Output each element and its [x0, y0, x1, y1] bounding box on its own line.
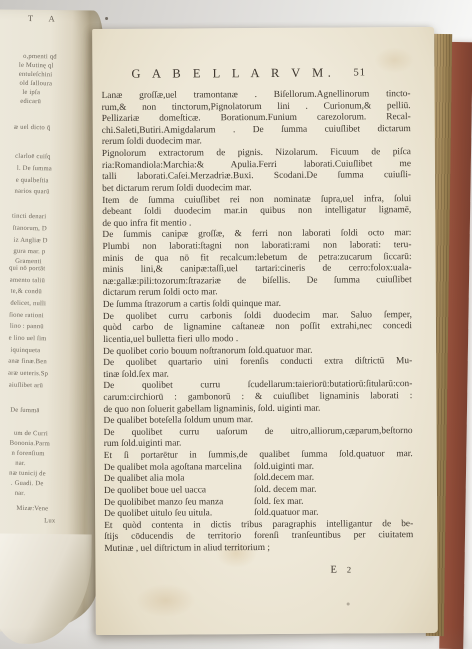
ink-speck [347, 602, 350, 605]
edge-text-fragment: De ſummā [10, 407, 39, 415]
edge-text-fragment: . Guadi. De [11, 480, 44, 488]
edge-text-fragment: nar. [15, 490, 26, 497]
text-line: Et ſi portarētur in ſummis,de qualibet ſ… [104, 449, 413, 462]
book-page: G A B E L L A R V M. 51 Lanæ groſſæ,uel … [92, 27, 438, 635]
edge-text-fragment: le Mutinę ql [19, 62, 54, 70]
text-line: debeant ſoldi duodecim mar.in quibus non… [102, 205, 411, 218]
text-line: De quolibet quartario uini forenſis cond… [103, 356, 412, 369]
text-column: G A B E L L A R V M. 51 Lanæ groſſæ,uel … [101, 61, 413, 577]
edge-text-fragment: aræ ueteris.Sp [8, 370, 48, 378]
edge-text-fragment: anæ finæ.Ben [8, 358, 47, 366]
text-line: De quolibet curru uaſorum de uitro,allio… [104, 426, 413, 439]
edge-text-fragment: n forenſium [11, 450, 44, 458]
text-line: ſtijs cōducendis de territorio forenſi t… [104, 531, 413, 544]
text-line: Mutinæ , uel diſtrictum in aliud territo… [104, 542, 413, 556]
edge-text-fragment: narios quarū [14, 188, 49, 196]
text-line: talli laborati.Caſei.Merzadriæ.Buxi. Sco… [102, 170, 411, 183]
edge-text-fragment: e lino uel ſim [9, 335, 47, 343]
signature-letter: E [330, 564, 336, 575]
text-line: chi.Saleti,Butiri.Amigdalarum . De ſumma… [102, 124, 411, 137]
edge-text-fragment: ſtanorum, D [13, 225, 47, 233]
edge-text-fragment: um de Curri [14, 430, 48, 438]
edge-text-fragment: le ipſa [22, 89, 40, 96]
edge-text-fragment: qui nō portāt [9, 265, 45, 273]
foxing-spot [136, 583, 196, 617]
facing-running-head: T A [28, 15, 62, 23]
edge-text-fragment: gura mar. p [13, 248, 45, 256]
edge-text-fragment: iz Angliæ D [14, 237, 48, 245]
edge-text-fragment: nar. [15, 460, 26, 467]
text-block: Lanæ groſſæ,uel tramontanæ . Biſellorum.… [102, 89, 414, 556]
edge-text-fragment: lino : pannū [10, 323, 44, 331]
edge-text-fragment: æ uel dicto q̄ [14, 124, 51, 132]
edge-text-fragment: amento taliū [10, 277, 45, 285]
edge-text-fragment: iquinqueta [10, 347, 40, 355]
edge-text-fragment: l. De ſumma [17, 165, 52, 173]
edge-text-fragment: ſione rationi [9, 312, 44, 320]
edge-text-fragment: tincti denari [12, 213, 46, 221]
edge-text-fragment: Lux [44, 517, 55, 524]
signature-number: 2 [347, 564, 351, 574]
book-photo: T A o,pmenti qdle Mutinę qlentuleſchinio… [0, 0, 472, 649]
edge-text-fragment: old ſalloura [20, 80, 53, 88]
edge-text-fragment: edicarū [20, 98, 41, 105]
ink-speck [105, 17, 108, 20]
edge-text-fragment: Mizæ:Vene [16, 505, 48, 513]
edge-text-fragment: clarloē cuiſq [15, 153, 51, 161]
edge-text-fragment: entuleſchini [19, 71, 53, 79]
edge-text-fragment: delicet, nulli [10, 300, 46, 308]
page-header: G A B E L L A R V M. 51 [101, 61, 410, 89]
text-line: carum:circhiorū : gambonorū : & cuiuſlib… [103, 391, 412, 404]
page-number: 51 [353, 67, 366, 78]
edge-text-fragment: e qualbeſtia [16, 177, 49, 185]
text-line: næ:gallæ:pili:tozorum:ſtrazariæ de biſel… [103, 275, 412, 288]
edge-text-fragment: Bononia.Parm [10, 440, 50, 448]
text-line: quòd carbo de lignamine caſtaneæ non poſ… [103, 321, 412, 334]
edge-text-fragment: aiuſlibet arū [9, 382, 43, 390]
running-title: G A B E L L A R V M. [113, 65, 353, 81]
edge-text-fragment: te,& condū [11, 288, 42, 296]
edge-text-fragment: næ tunicij de [9, 470, 46, 478]
signature-mark: E2 [104, 564, 413, 577]
edge-text-fragment: o,pmenti qd [23, 53, 57, 61]
